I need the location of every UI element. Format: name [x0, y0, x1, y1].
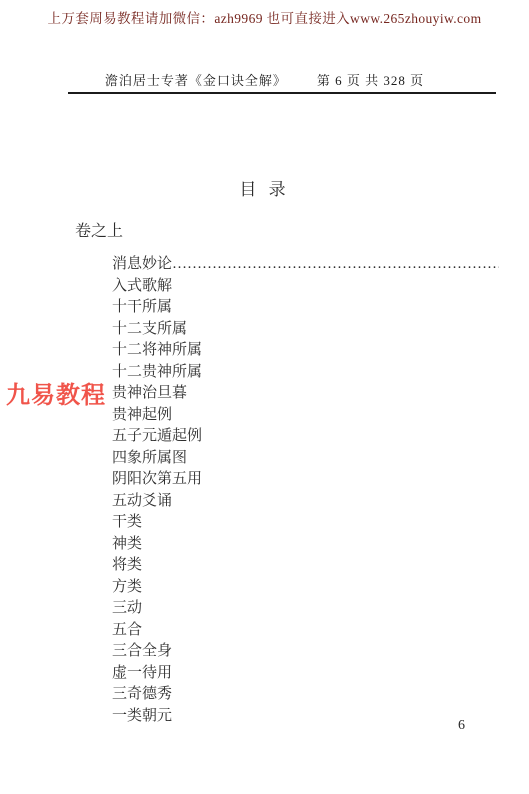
running-header: 澹泊居士专著《金口诀全解》第 6 页 共 328 页 [0, 70, 529, 89]
toc-entry-title: 十干所属 [112, 299, 172, 315]
toc-entry-title: 方类 [112, 579, 142, 595]
toc-entry: 十二支所属 [112, 319, 499, 341]
toc-entry: 干类 [112, 512, 499, 534]
toc-list: 消息妙论………………………………………………………………（141）入式歌解十干所… [112, 254, 499, 727]
header-rule [68, 92, 496, 94]
book-title: 澹泊居士专著《金口诀全解》 [105, 73, 287, 88]
toc-entry-title: 消息妙论 [112, 256, 172, 272]
toc-entry: 神类 [112, 534, 499, 556]
toc-entry: 四象所属图 [112, 448, 499, 470]
page-number: 6 [458, 718, 465, 734]
toc-entry: 虚一待用 [112, 663, 499, 685]
toc-entry: 十干所属 [112, 297, 499, 319]
toc-entry-title: 一类朝元 [112, 708, 172, 724]
toc-entry: 五子元遁起例 [112, 426, 499, 448]
watermark: 九易教程 [6, 375, 106, 410]
toc-entry-title: 十二贵神所属 [112, 364, 202, 380]
header-page-info: 第 6 页 共 328 页 [317, 73, 424, 88]
toc-entry-title: 四象所属图 [112, 450, 187, 466]
toc-entry-leader-dots: ……………………………………………………………… [172, 256, 499, 272]
toc-entry: 方类 [112, 577, 499, 599]
toc-entry: 入式歌解 [112, 276, 499, 298]
section-heading: 卷之上 [75, 218, 123, 241]
toc-entry: 三合全身 [112, 641, 499, 663]
toc-entry: 三动 [112, 598, 499, 620]
toc-entry: 五动爻诵 [112, 491, 499, 513]
toc-entry-title: 三合全身 [112, 643, 172, 659]
toc-entry-title: 五子元遁起例 [112, 428, 202, 444]
toc-entry-title: 五动爻诵 [112, 493, 172, 509]
toc-entry: 阴阳次第五用 [112, 469, 499, 491]
toc-entry-title: 三动 [112, 600, 142, 616]
toc-entry: 贵神治旦暮 [112, 383, 499, 405]
toc-entry-title: 五合 [112, 622, 142, 638]
promo-banner-text: 上万套周易教程请加微信：azh9969 也可直接进入www.265zhouyiw… [0, 7, 529, 27]
toc-entry: 消息妙论………………………………………………………………（141） [112, 254, 499, 276]
toc-entry-title: 将类 [112, 557, 142, 573]
toc-title: 目 录 [0, 175, 529, 200]
toc-entry: 十二将神所属 [112, 340, 499, 362]
toc-entry-title: 阴阳次第五用 [112, 471, 202, 487]
toc-entry-title: 虚一待用 [112, 665, 172, 681]
toc-entry-title: 神类 [112, 536, 142, 552]
toc-entry: 十二贵神所属 [112, 362, 499, 384]
toc-entry-title: 十二支所属 [112, 321, 187, 337]
document-page: 上万套周易教程请加微信：azh9969 也可直接进入www.265zhouyiw… [0, 0, 529, 794]
toc-entry: 一类朝元 [112, 706, 499, 728]
toc-entry-title: 贵神治旦暮 [112, 385, 187, 401]
toc-entry: 五合 [112, 620, 499, 642]
toc-entry-title: 贵神起例 [112, 407, 172, 423]
toc-entry: 将类 [112, 555, 499, 577]
toc-entry-title: 干类 [112, 514, 142, 530]
toc-entry: 三奇德秀 [112, 684, 499, 706]
toc-entry: 贵神起例 [112, 405, 499, 427]
toc-entry-title: 入式歌解 [112, 278, 172, 294]
toc-entry-title: 三奇德秀 [112, 686, 172, 702]
toc-entry-title: 十二将神所属 [112, 342, 202, 358]
